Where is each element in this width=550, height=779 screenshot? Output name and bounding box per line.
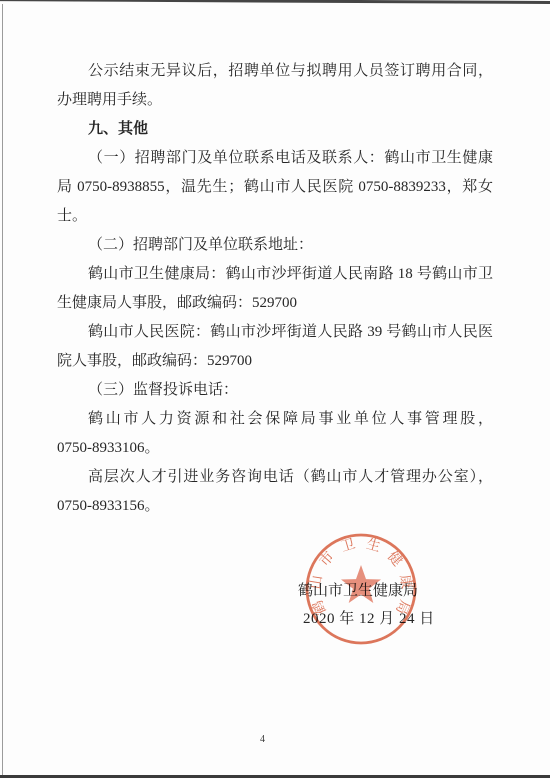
text-line: 高层次人才引进业务咨询电话（鹤山市人才管理办公室），	[57, 463, 493, 492]
text-line: 鹤山市人民医院：鹤山市沙坪街道人民路 39 号鹤山市人民医	[57, 318, 493, 347]
signature-date: 2020 年 12 月 24 日	[298, 606, 435, 634]
page-number: 4	[0, 734, 525, 745]
text-line: （三）监督投诉电话：	[57, 376, 493, 405]
text-line: 公示结束无异议后，招聘单位与拟聘用人员签订聘用合同，	[57, 57, 493, 86]
scanned-document-page: { "page": { "background": "#fdfdfd", "te…	[0, 0, 550, 779]
text-line: （二）招聘部门及单位联系地址：	[57, 231, 493, 260]
text-line: 办理聘用手续。	[57, 86, 493, 115]
text-line: 生健康局人事股，邮政编码：529700	[57, 289, 493, 318]
signature-block: 鹤山市卫生健康局 2020 年 12 月 24 日	[298, 578, 435, 633]
scan-edge-left	[2, 4, 3, 777]
scan-edge-top	[0, 0, 550, 4]
text-line: 0750-8933106。	[57, 434, 493, 463]
text-line: 鹤山市卫生健康局：鹤山市沙坪街道人民南路 18 号鹤山市卫	[57, 260, 493, 289]
document-body: 公示结束无异议后，招聘单位与拟聘用人员签订聘用合同， 办理聘用手续。 九、其他 …	[57, 57, 493, 521]
text-line: 鹤山市人力资源和社会保障局事业单位人事管理股，	[57, 405, 493, 434]
text-line: （一）招聘部门及单位联系电话及联系人：鹤山市卫生健康	[57, 144, 493, 173]
section-heading: 九、其他	[57, 115, 493, 144]
text-line: 院人事股，邮政编码：529700	[57, 347, 493, 376]
scan-edge-bottom	[0, 775, 550, 778]
text-line: 士。	[57, 202, 493, 231]
signature-org: 鹤山市卫生健康局	[298, 578, 435, 606]
text-line: 局 0750-8938855，温先生；鹤山市人民医院 0750-8839233，…	[57, 173, 493, 202]
text-line: 0750-8933156。	[57, 492, 493, 521]
